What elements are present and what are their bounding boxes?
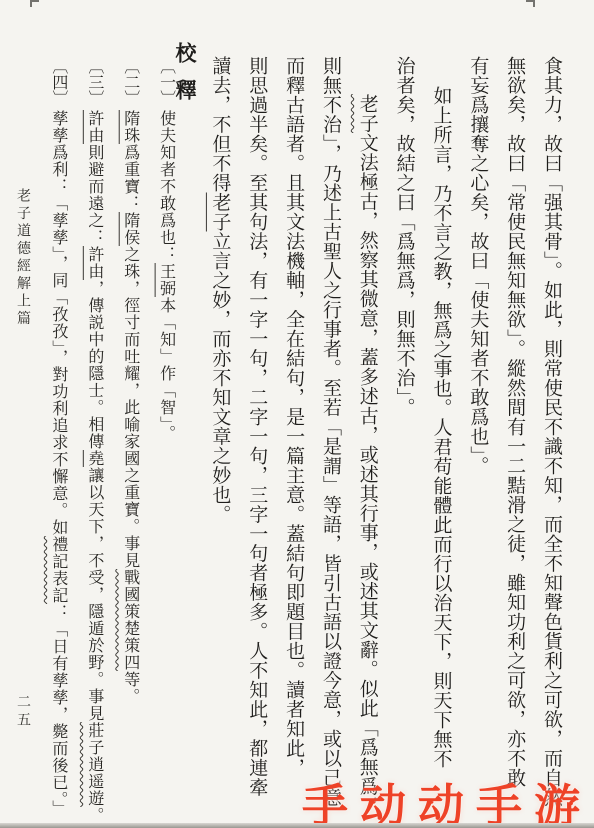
note-number: 〔三〕 [86, 58, 103, 106]
note-column: 〔三〕許由則避而遠之：許由，傳説中的隱士。相傳堯讓以天下，不受，隱遁於野。事見莊… [85, 58, 103, 824]
page-edge-mark [30, 0, 39, 7]
book-title-mark: 禮記表記 [50, 536, 67, 604]
text-run: 等。 [122, 671, 139, 705]
proper-name-mark: 許由 [86, 246, 103, 280]
text-run: 而釋古語者。且其文法機軸，全在結句，是一篇主意。蓋結句即題目也。讀者知此， [283, 56, 304, 778]
proper-name-mark: 隋侯 [122, 212, 139, 246]
proper-name-mark: 許由 [86, 110, 103, 144]
text-run: 則避而遠之： [86, 144, 103, 246]
text-column: 則無不治」，乃述上古聖人之行事者。至若「是謂」等語，皆引古語以證今意，或以己意 [319, 56, 341, 828]
text-run: 孳孳爲利：「孳孳」，同「孜孜」，對功利追求不懈意。如 [50, 110, 67, 536]
text-run: 之珠，徑寸而吐耀，此喻家國之重寶。事見 [122, 246, 139, 569]
page-number: 二五 [15, 694, 29, 730]
note-column: 〔一〕使夫知者不敢爲也：王弼本「知」作「智」。 [157, 58, 175, 824]
book-title: 老子道德經解上篇 [15, 188, 29, 328]
text-run: 讀去，不但不得 [209, 56, 230, 193]
proper-name-mark: 老子 [209, 193, 230, 232]
text-column: 老子文法極古，然察其微意，蓋多述古，或述其行事，或述其文辭。似此「爲無爲， [356, 56, 378, 828]
text-column: 讀去，不但不得老子立言之妙，而亦不知文章之妙也。 [209, 56, 231, 828]
note-column: 〔四〕孳孳爲利：「孳孳」，同「孜孜」，對功利追求不懈意。如禮記表記：「日有孳孳，… [49, 58, 67, 824]
text-run: 使夫知者不敢爲也： [158, 110, 175, 263]
text-run: 則思過半矣。至其句法，有一字一句，二字一句，三字一句者極多。人不知此，都連牽 [246, 56, 267, 797]
text-run: 讓以天下，不受，隱遁於野。事見 [86, 467, 103, 722]
text-run: 則無不治」，乃述上古聖人之行事者。至若「是謂」等語，皆引古語以證今意，或以己意 [320, 56, 341, 807]
text-column: 治者矣，故結之曰「爲無爲，則無不治」。 [393, 56, 415, 828]
scan-bottom-edge [0, 823, 594, 828]
text-column: 而釋古語者。且其文法機軸，全在結句，是一篇主意。蓋結句即題目也。讀者知此， [282, 56, 304, 828]
text-run: 立言之妙，而亦不知文章之妙也。 [209, 232, 230, 525]
text-run: ：「日有孳孳，斃而後已。」 [50, 604, 67, 817]
book-title-mark: 莊子逍遥遊 [86, 722, 103, 807]
text-column: 有妄爲攘奪之心矣，故曰「使夫知者不敢爲也」。 [466, 56, 488, 828]
text-run: 爲重寶： [122, 144, 139, 212]
proper-name-mark: 堯 [86, 450, 103, 467]
text-run: 有妄爲攘奪之心矣，故曰「使夫知者不敢爲也」。 [467, 56, 488, 476]
text-run: 如上所言，乃不言之教，無爲之事也。人君苟能體此而行以治天下，則天下無不 [430, 86, 451, 769]
book-title-mark: 老子 [357, 94, 378, 133]
text-run: 無欲矣，故曰「常使民無知無欲」。縱然間有一二黠滑之徒，雖知功利之可欲，亦不敢 [504, 56, 525, 788]
note-number: 〔四〕 [50, 58, 67, 106]
text-run: 文法極古，然察其微意，蓋多述古，或述其行事，或述其文辭。似此「爲無爲， [357, 133, 378, 816]
text-column: 食其力，故曰「强其骨」。如此，則常使民不識不知，而全不知聲色貨利之可欲，而自然 [540, 56, 562, 828]
proper-name-mark: 王弼 [158, 263, 175, 297]
note-column: 〔二〕隋珠爲重寶：隋侯之珠，徑寸而吐耀，此喻家國之重寶。事見戰國策楚策四等。 [121, 58, 139, 824]
main-text: 食其力，故曰「强其骨」。如此，則常使民不識不知，而全不知聲色貨利之可欲，而自然無… [194, 56, 562, 828]
text-run: 治者矣，故結之曰「爲無爲，則無不治」。 [394, 56, 415, 417]
text-run: 。 [86, 807, 103, 824]
collation-notes: 〔一〕使夫知者不敢爲也：王弼本「知」作「智」。〔二〕隋珠爲重寶：隋侯之珠，徑寸而… [31, 58, 175, 824]
text-run: ，傳説中的隱士。相傳 [86, 280, 103, 450]
text-column: 無欲矣，故曰「常使民無知無欲」。縱然間有一二黠滑之徒，雖知功利之可欲，亦不敢 [503, 56, 525, 828]
watermark: 手动动手游 [302, 770, 592, 828]
note-number: 〔一〕 [158, 58, 175, 106]
section-header: 校釋 [174, 42, 195, 116]
text-column: 如上所言，乃不言之教，無爲之事也。人君苟能體此而行以治天下，則天下無不 [430, 56, 452, 828]
text-run: 本「知」作「智」。 [158, 297, 175, 442]
book-title-mark: 戰國策楚策四 [122, 569, 139, 671]
text-column: 則思過半矣。至其句法，有一字一句，二字一句，三字一句者極多。人不知此，都連牽 [245, 56, 267, 828]
proper-name-mark: 隋珠 [122, 110, 139, 144]
note-number: 〔二〕 [122, 58, 139, 106]
page-edge-mark [526, 0, 535, 7]
text-run: 食其力，故曰「强其骨」。如此，則常使民不識不知，而全不知聲色貨利之可欲，而自然 [541, 56, 562, 807]
